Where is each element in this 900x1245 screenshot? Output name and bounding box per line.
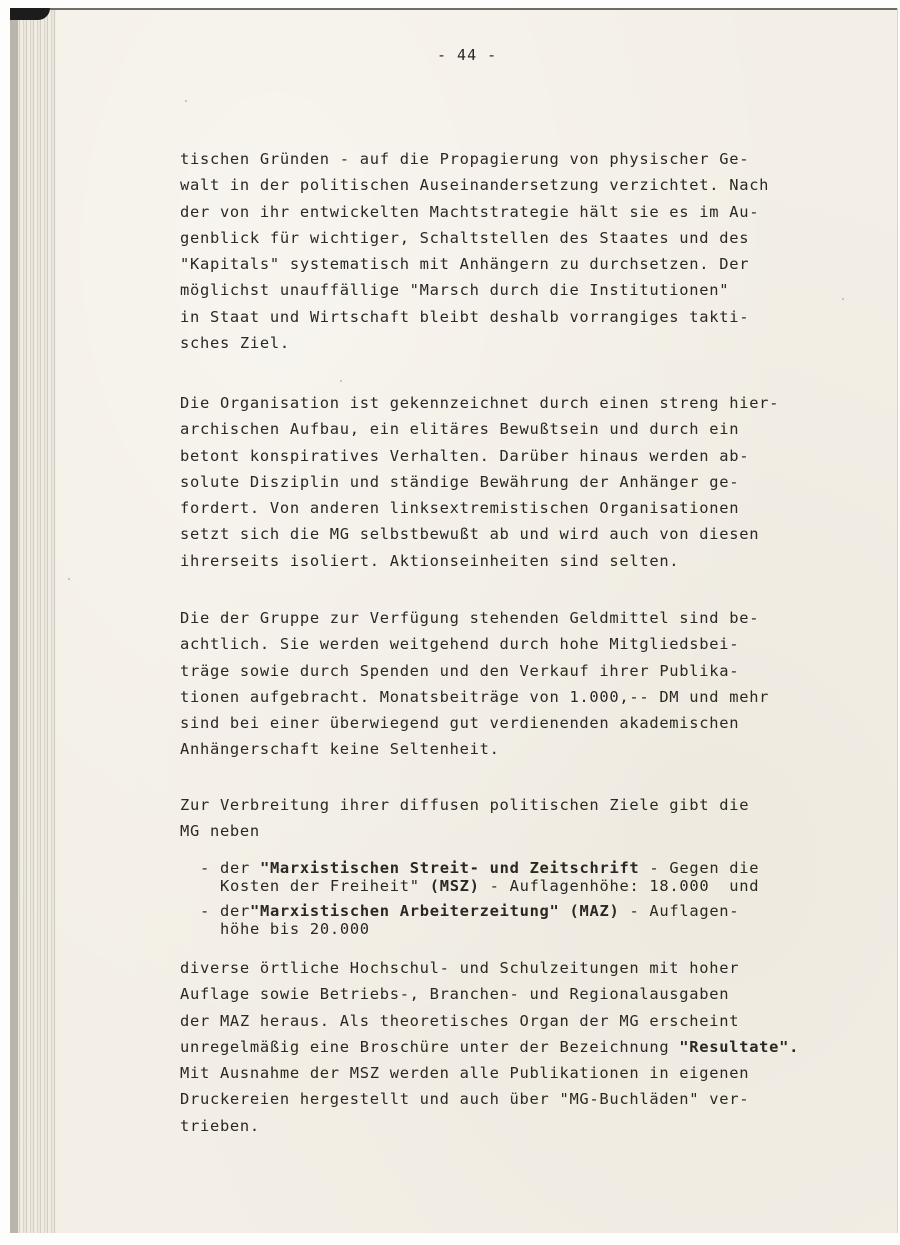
text-line: Anhängerschaft keine Seltenheit. <box>180 736 769 762</box>
paper-speck <box>340 380 342 382</box>
text-line: der MAZ heraus. Als theoretisches Organ … <box>180 1008 799 1034</box>
text-line: walt in der politischen Auseinandersetzu… <box>180 172 769 198</box>
list-text: höhe bis 20.000 <box>220 920 370 938</box>
text-line: Auflage sowie Betriebs-, Branchen- und R… <box>180 981 799 1007</box>
text-line: MG neben <box>180 818 749 844</box>
paragraph-5: diverse örtliche Hochschul- und Schulzei… <box>180 955 799 1139</box>
text-line: archischen Aufbau, ein elitäres Bewußtse… <box>180 416 779 442</box>
paragraph-4: Zur Verbreitung ihrer diffusen politisch… <box>180 792 749 845</box>
list-text: - Auflagenhöhe: 18.000 und <box>480 877 760 895</box>
text-line: genblick für wichtiger, Schaltstellen de… <box>180 225 769 251</box>
publication-list: - der "Marxistischen Streit- und Zeitsch… <box>200 860 759 946</box>
text-line: Druckereien hergestellt und auch über "M… <box>180 1086 799 1112</box>
list-item-maz: - der"Marxistischen Arbeiterzeitung" (MA… <box>200 903 759 938</box>
text-line: Mit Ausnahme der MSZ werden alle Publika… <box>180 1060 799 1086</box>
paper-speck <box>185 100 187 102</box>
paper-speck <box>68 578 70 580</box>
list-text: der <box>220 902 250 920</box>
text-line: Zur Verbreitung ihrer diffusen politisch… <box>180 792 749 818</box>
list-text: - Gegen die <box>639 859 759 877</box>
text-line: fordert. Von anderen linksextremistische… <box>180 495 779 521</box>
list-text: der <box>220 859 260 877</box>
text-line: möglichst unauffällige "Marsch durch die… <box>180 277 769 303</box>
text-line: Die Organisation ist gekennzeichnet durc… <box>180 390 779 416</box>
paragraph-2: Die Organisation ist gekennzeichnet durc… <box>180 390 779 574</box>
text-line-part: unregelmäßig eine Broschüre unter der Be… <box>180 1038 679 1056</box>
text-line: der von ihr entwickelten Machtstrategie … <box>180 199 769 225</box>
text-line: achtlich. Sie werden weitgehend durch ho… <box>180 631 769 657</box>
text-line: sind bei einer überwiegend gut verdienen… <box>180 710 769 736</box>
text-line: trieben. <box>180 1113 799 1139</box>
text-line: tischen Gründen - auf die Propagierung v… <box>180 146 769 172</box>
list-text: Kosten der Freiheit" <box>220 877 430 895</box>
publication-title: "Marxistischen Streit- und Zeitschrift <box>260 859 639 877</box>
publication-title: "Marxistischen Arbeiterzeitung" (MAZ) <box>250 902 619 920</box>
page-top-edge <box>50 8 897 10</box>
text-line: in Staat und Wirtschaft bleibt deshalb v… <box>180 304 769 330</box>
paragraph-3: Die der Gruppe zur Verfügung stehenden G… <box>180 605 769 763</box>
text-line: diverse örtliche Hochschul- und Schulzei… <box>180 955 799 981</box>
list-text: - Auflagen- <box>619 902 739 920</box>
text-line: tionen aufgebracht. Monatsbeiträge von 1… <box>180 684 769 710</box>
publication-title-resultate: "Resultate". <box>679 1038 799 1056</box>
text-line: sches Ziel. <box>180 330 769 356</box>
text-line: unregelmäßig eine Broschüre unter der Be… <box>180 1034 799 1060</box>
text-line: träge sowie durch Spenden und den Verkau… <box>180 658 769 684</box>
text-line: solute Disziplin und ständige Bewährung … <box>180 469 779 495</box>
text-line: "Kapitals" systematisch mit Anhängern zu… <box>180 251 769 277</box>
paragraph-1: tischen Gründen - auf die Propagierung v… <box>180 146 769 356</box>
publication-abbrev: (MSZ) <box>430 877 480 895</box>
page-number: - 44 - <box>437 46 497 64</box>
scan-corner-shadow <box>10 8 50 20</box>
binding-shadow <box>10 8 18 1233</box>
text-line: betont konspiratives Verhalten. Darüber … <box>180 443 779 469</box>
text-line: Die der Gruppe zur Verfügung stehenden G… <box>180 605 769 631</box>
list-item-msz: - der "Marxistischen Streit- und Zeitsch… <box>200 860 759 895</box>
paper-speck <box>842 298 844 300</box>
text-line: setzt sich die MG selbstbewußt ab und wi… <box>180 521 779 547</box>
list-bullet: - <box>200 903 209 921</box>
text-line: ihrerseits isoliert. Aktionseinheiten si… <box>180 548 779 574</box>
scanned-page-background: - 44 - tischen Gründen - auf die Propagi… <box>0 0 900 1245</box>
list-bullet: - <box>200 860 209 878</box>
